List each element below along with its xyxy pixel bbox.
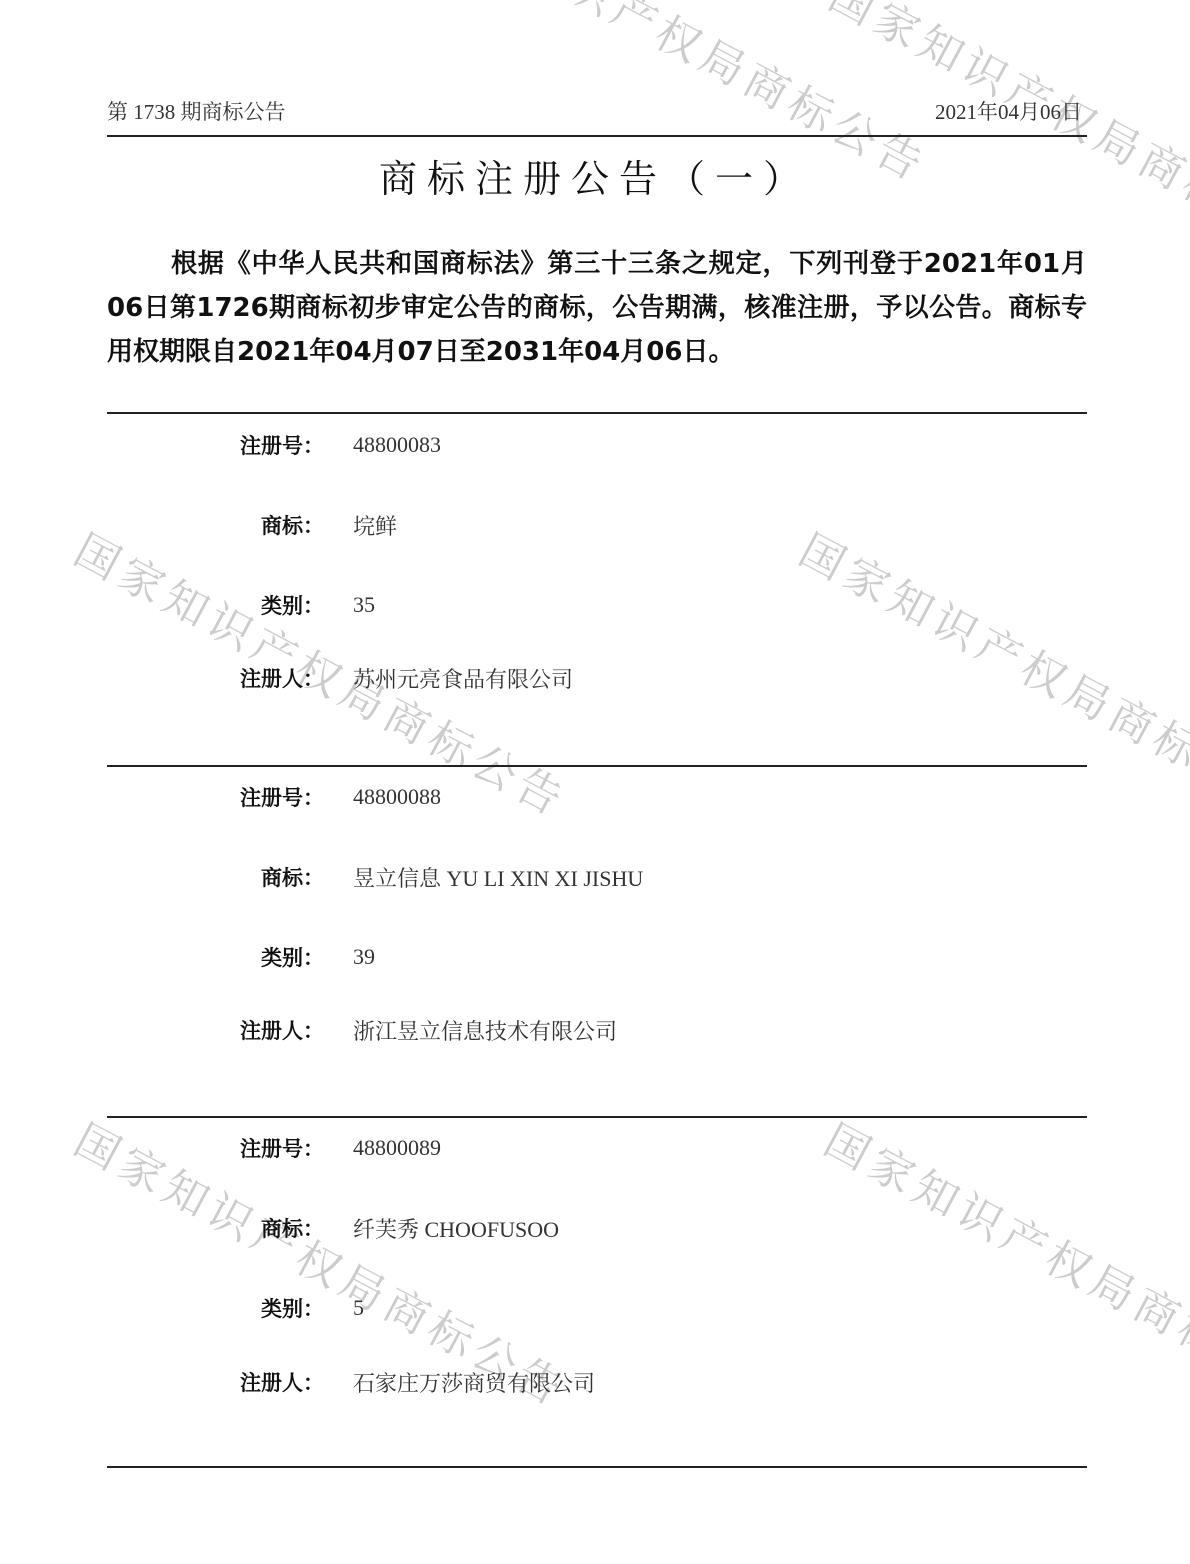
- class-value: 35: [353, 592, 375, 618]
- class-label: 类别：: [261, 1293, 324, 1323]
- watermark: 国家知识产权局商标公告: [820, 0, 1190, 275]
- issue-number: 第 1738 期商标公告: [107, 96, 286, 126]
- registrant-value: 苏州元亮食品有限公司: [353, 663, 573, 694]
- section-divider: [107, 412, 1087, 414]
- header-divider: [107, 135, 1087, 137]
- section-divider: [107, 765, 1087, 767]
- registrant-label: 注册人：: [240, 663, 324, 693]
- mark-value: 垸鲜: [353, 510, 397, 541]
- reg-no-label: 注册号：: [240, 1133, 324, 1163]
- section-divider: [107, 1116, 1087, 1118]
- reg-no-label: 注册号：: [240, 782, 324, 812]
- section-divider: [107, 1466, 1087, 1468]
- page-title: 商标注册公告（一）: [0, 148, 1190, 203]
- class-label: 类别：: [261, 590, 324, 620]
- class-label: 类别：: [261, 942, 324, 972]
- reg-no-value: 48800089: [353, 1135, 441, 1161]
- registrant-label: 注册人：: [240, 1367, 324, 1397]
- class-value: 5: [353, 1295, 364, 1321]
- publication-date: 2021年04月06日: [935, 96, 1082, 126]
- reg-no-value: 48800083: [353, 432, 441, 458]
- reg-no-label: 注册号：: [240, 430, 324, 460]
- registrant-value: 浙江昱立信息技术有限公司: [353, 1015, 617, 1046]
- mark-value: 纤芙秀 CHOOFUSOO: [353, 1213, 559, 1244]
- registrant-value: 石家庄万莎商贸有限公司: [353, 1367, 595, 1398]
- mark-label: 商标：: [261, 862, 324, 892]
- mark-value: 昱立信息 YU LI XIN XI JISHU: [353, 862, 643, 893]
- registrant-label: 注册人：: [240, 1015, 324, 1045]
- mark-label: 商标：: [261, 510, 324, 540]
- intro-paragraph: 根据《中华人民共和国商标法》第三十三条之规定，下列刊登于2021年01月06日第…: [107, 242, 1087, 374]
- reg-no-value: 48800088: [353, 784, 441, 810]
- mark-label: 商标：: [261, 1213, 324, 1243]
- class-value: 39: [353, 944, 375, 970]
